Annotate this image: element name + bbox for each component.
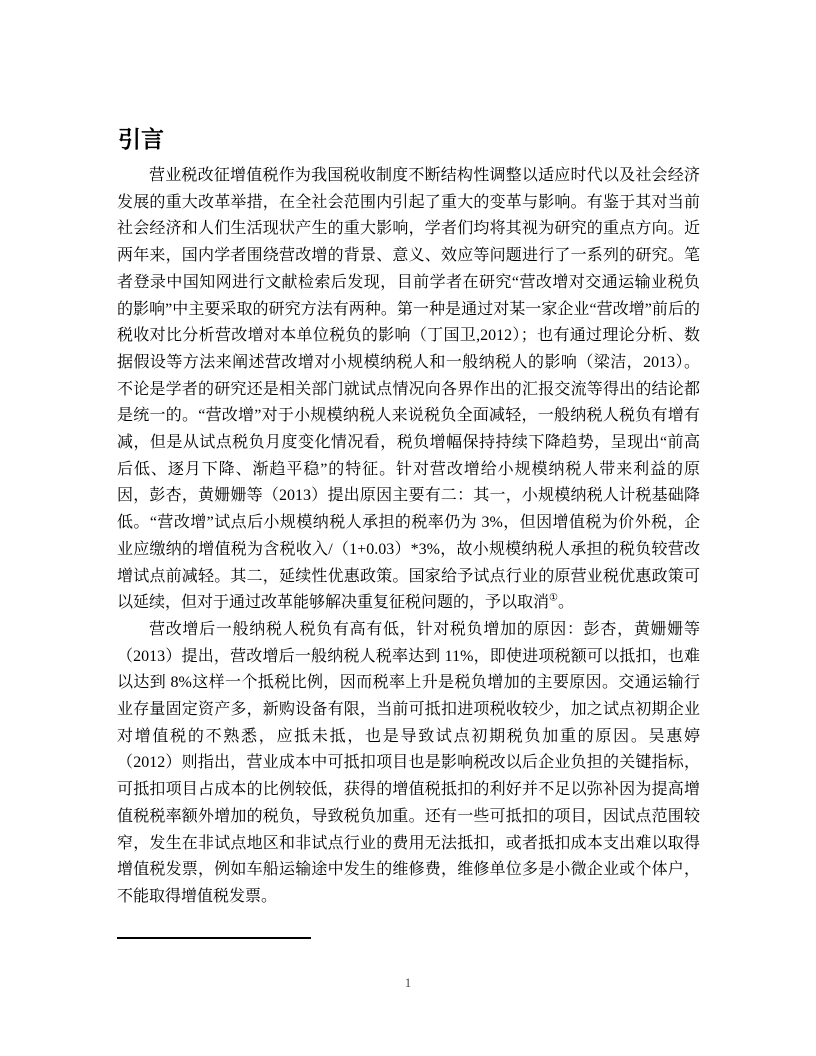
footnote-reference-mark: ① <box>549 593 558 604</box>
footnote-separator-rule <box>117 937 311 939</box>
paragraph-1: 营业税改征增值税作为我国税收制度不断结构性调整以适应时代以及社会经济发展的重大改… <box>117 163 700 617</box>
paragraph-2-text: 营改增后一般纳税人税负有高有低，针对税负增加的原因：彭杏，黄姗姗等（2013）提… <box>117 621 700 905</box>
document-page: 引言 营业税改征增值税作为我国税收制度不断结构性调整以适应时代以及社会经济发展的… <box>0 0 816 1056</box>
paragraph-1-end-punctuation: 。 <box>558 594 574 611</box>
paragraph-2: 营改增后一般纳税人税负有高有低，针对税负增加的原因：彭杏，黄姗姗等（2013）提… <box>117 617 700 911</box>
section-title: 引言 <box>118 124 164 156</box>
page-number: 1 <box>0 974 816 992</box>
paragraph-1-text: 营业税改征增值税作为我国税收制度不断结构性调整以适应时代以及社会经济发展的重大改… <box>117 167 700 611</box>
document-body: 营业税改征增值税作为我国税收制度不断结构性调整以适应时代以及社会经济发展的重大改… <box>117 163 700 911</box>
